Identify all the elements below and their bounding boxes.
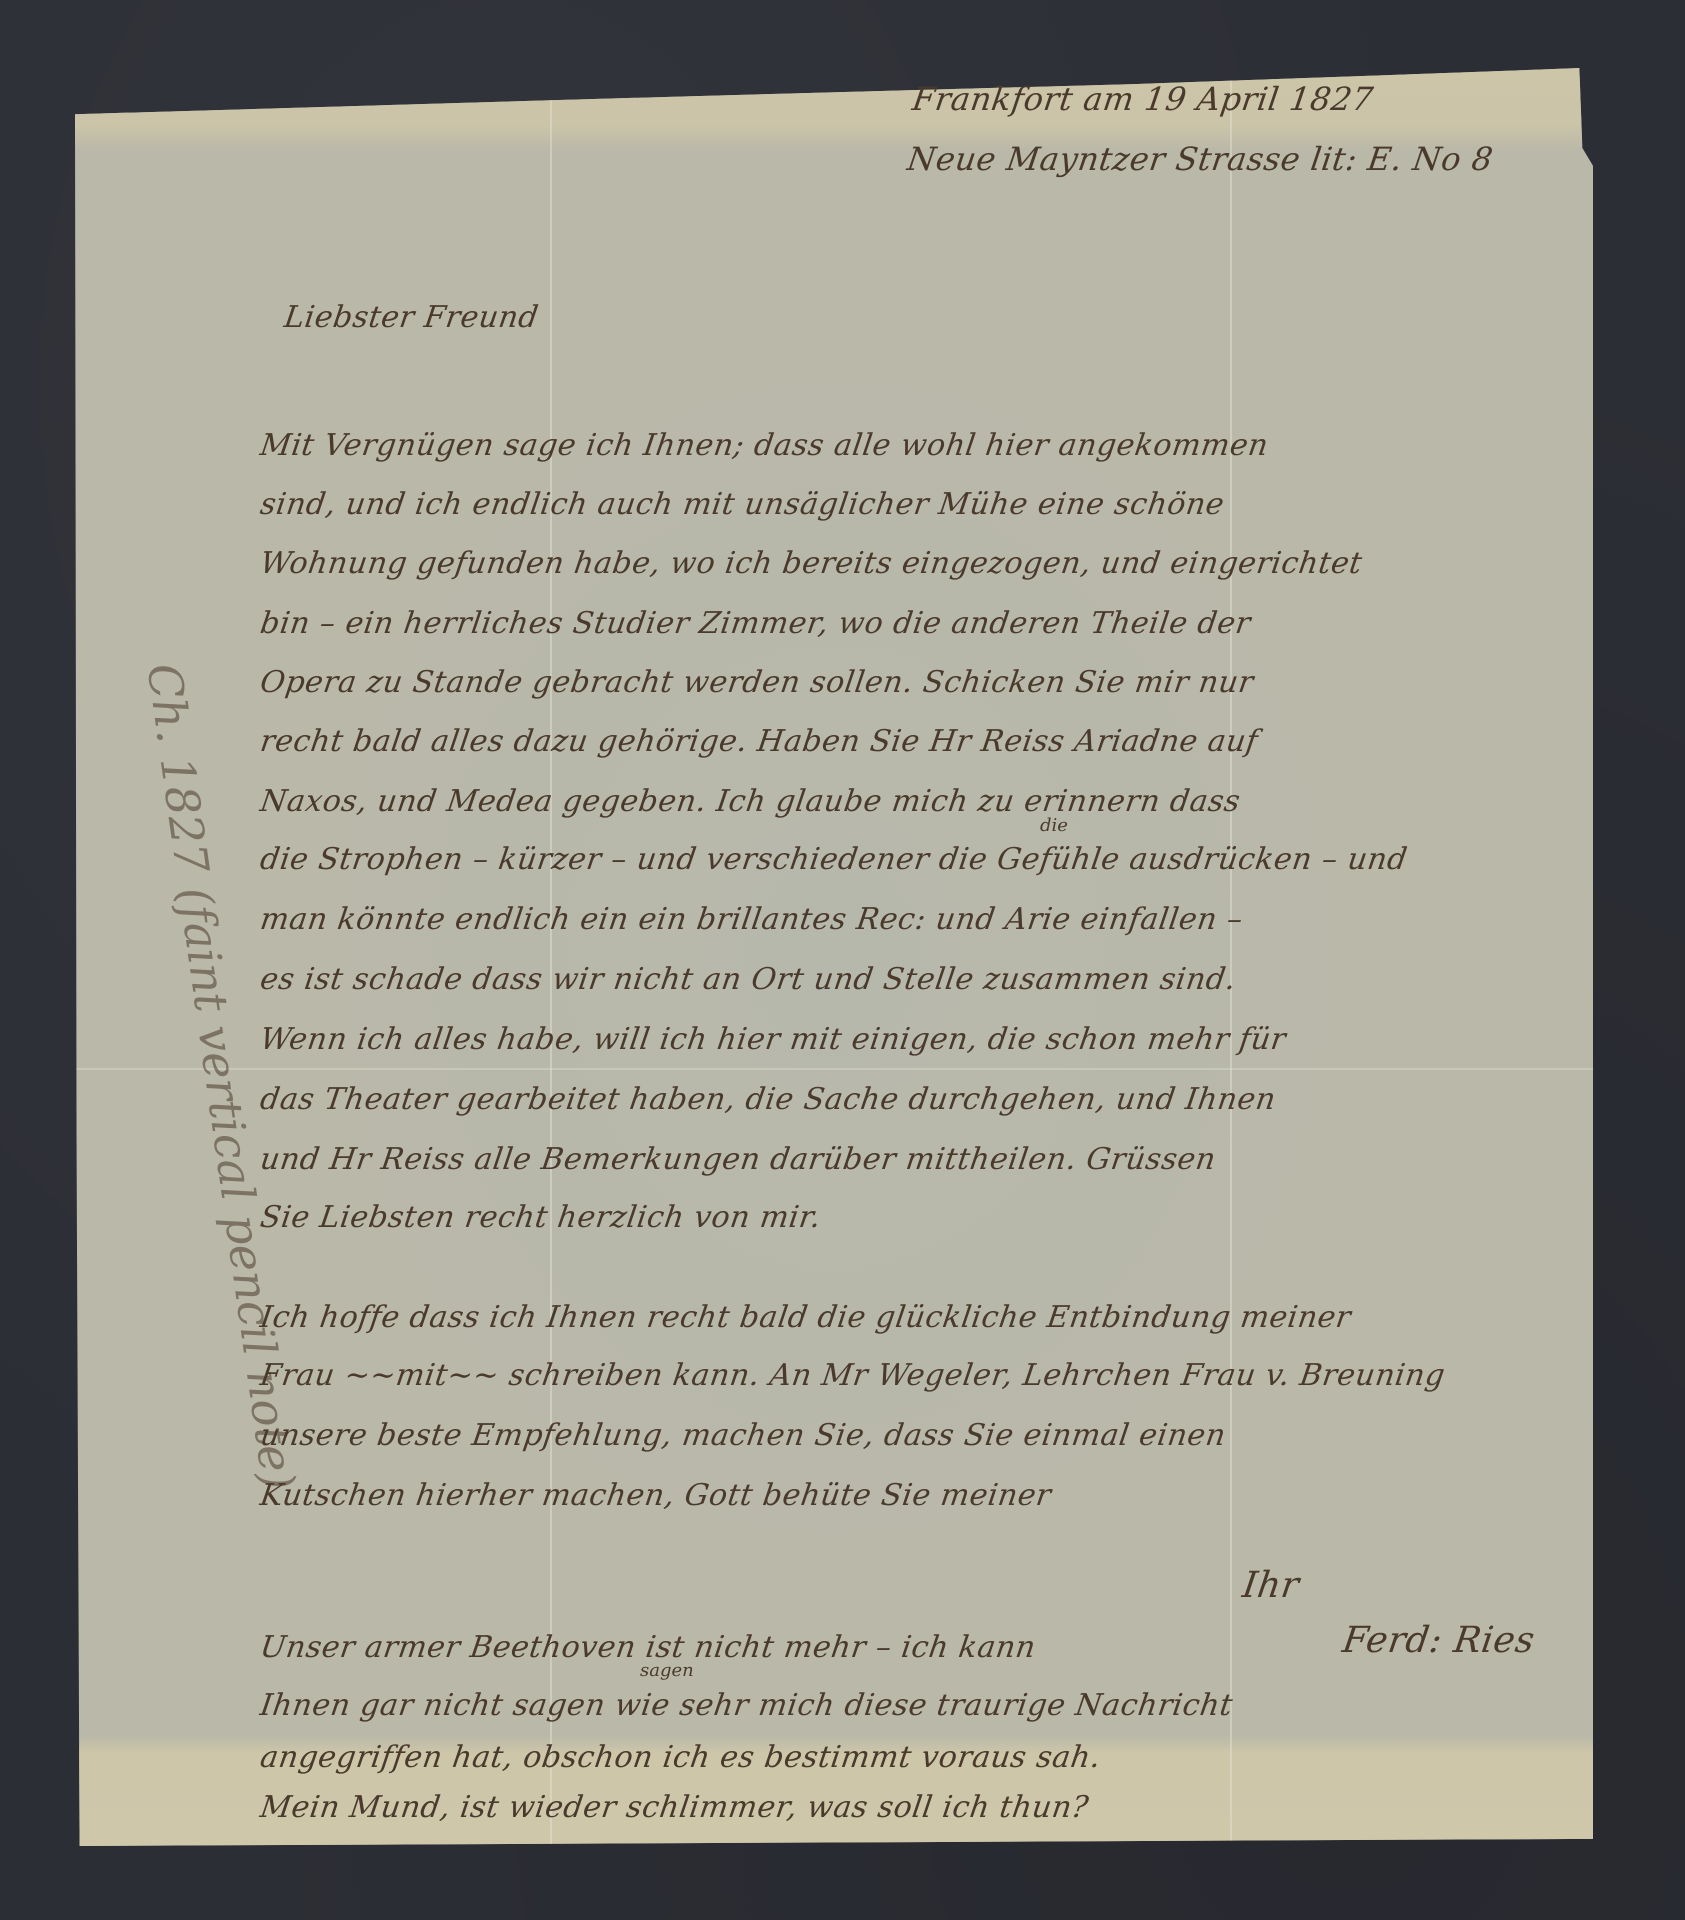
letter-place-date: Frankfort am 19 April 1827 [910, 80, 1376, 118]
body-line: Wohnung gefunden habe, wo ich bereits ei… [258, 546, 1365, 581]
body-line: Sie Liebsten recht herzlich von mir. [258, 1200, 823, 1235]
postscript-line: angegriffen hat, obschon ich es bestimmt… [258, 1740, 1103, 1775]
interlinear-insertion: sagen [640, 1660, 694, 1681]
interlinear-insertion: die [1040, 815, 1068, 836]
body-line: unsere beste Empfehlung, machen Sie, das… [258, 1418, 1228, 1453]
body-line: bin – ein herrliches Studier Zimmer, wo … [258, 606, 1253, 641]
valediction: Ihr [1240, 1565, 1302, 1606]
letter-address: Neue Mayntzer Strasse lit: E. No 8 [905, 140, 1496, 178]
fold-crease-vertical-left [550, 68, 552, 1846]
body-line: recht bald alles dazu gehörige. Haben Si… [258, 724, 1260, 759]
body-line: es ist schade dass wir nicht an Ort und … [258, 962, 1238, 997]
body-line: Wenn ich alles habe, will ich hier mit e… [258, 1022, 1288, 1057]
body-line-underlined: die Strophen – kürzer – und verschiedene… [258, 842, 1410, 877]
body-line: sind, und ich endlich auch mit unsäglich… [258, 487, 1227, 522]
fold-crease-horizontal [75, 1068, 1593, 1070]
body-line: Frau ~~mit~~ schreiben kann. An Mr Wegel… [258, 1358, 1447, 1393]
body-line: Opera zu Stande gebracht werden sollen. … [258, 665, 1256, 700]
body-line: Naxos, und Medea gegeben. Ich glaube mic… [258, 784, 1243, 819]
body-line: Mit Vergnügen sage ich Ihnen; dass alle … [258, 428, 1271, 463]
body-line: und Hr Reiss alle Bemerkungen darüber mi… [258, 1142, 1218, 1177]
body-line: Ich hoffe dass ich Ihnen recht bald die … [258, 1300, 1353, 1335]
postscript-line: Ihnen gar nicht sagen wie sehr mich dies… [258, 1688, 1235, 1723]
body-line: das Theater gearbeitet haben, die Sache … [258, 1082, 1278, 1117]
signature: Ferd: Ries [1340, 1620, 1537, 1661]
letter-salutation: Liebster Freund [282, 300, 541, 335]
postscript-line: Mein Mund, ist wieder schlimmer, was sol… [258, 1790, 1091, 1825]
body-line: Kutschen hierher machen, Gott behüte Sie… [258, 1478, 1054, 1513]
body-line: man könnte endlich ein ein brillantes Re… [258, 902, 1245, 937]
fold-crease-vertical-right [1230, 68, 1232, 1846]
